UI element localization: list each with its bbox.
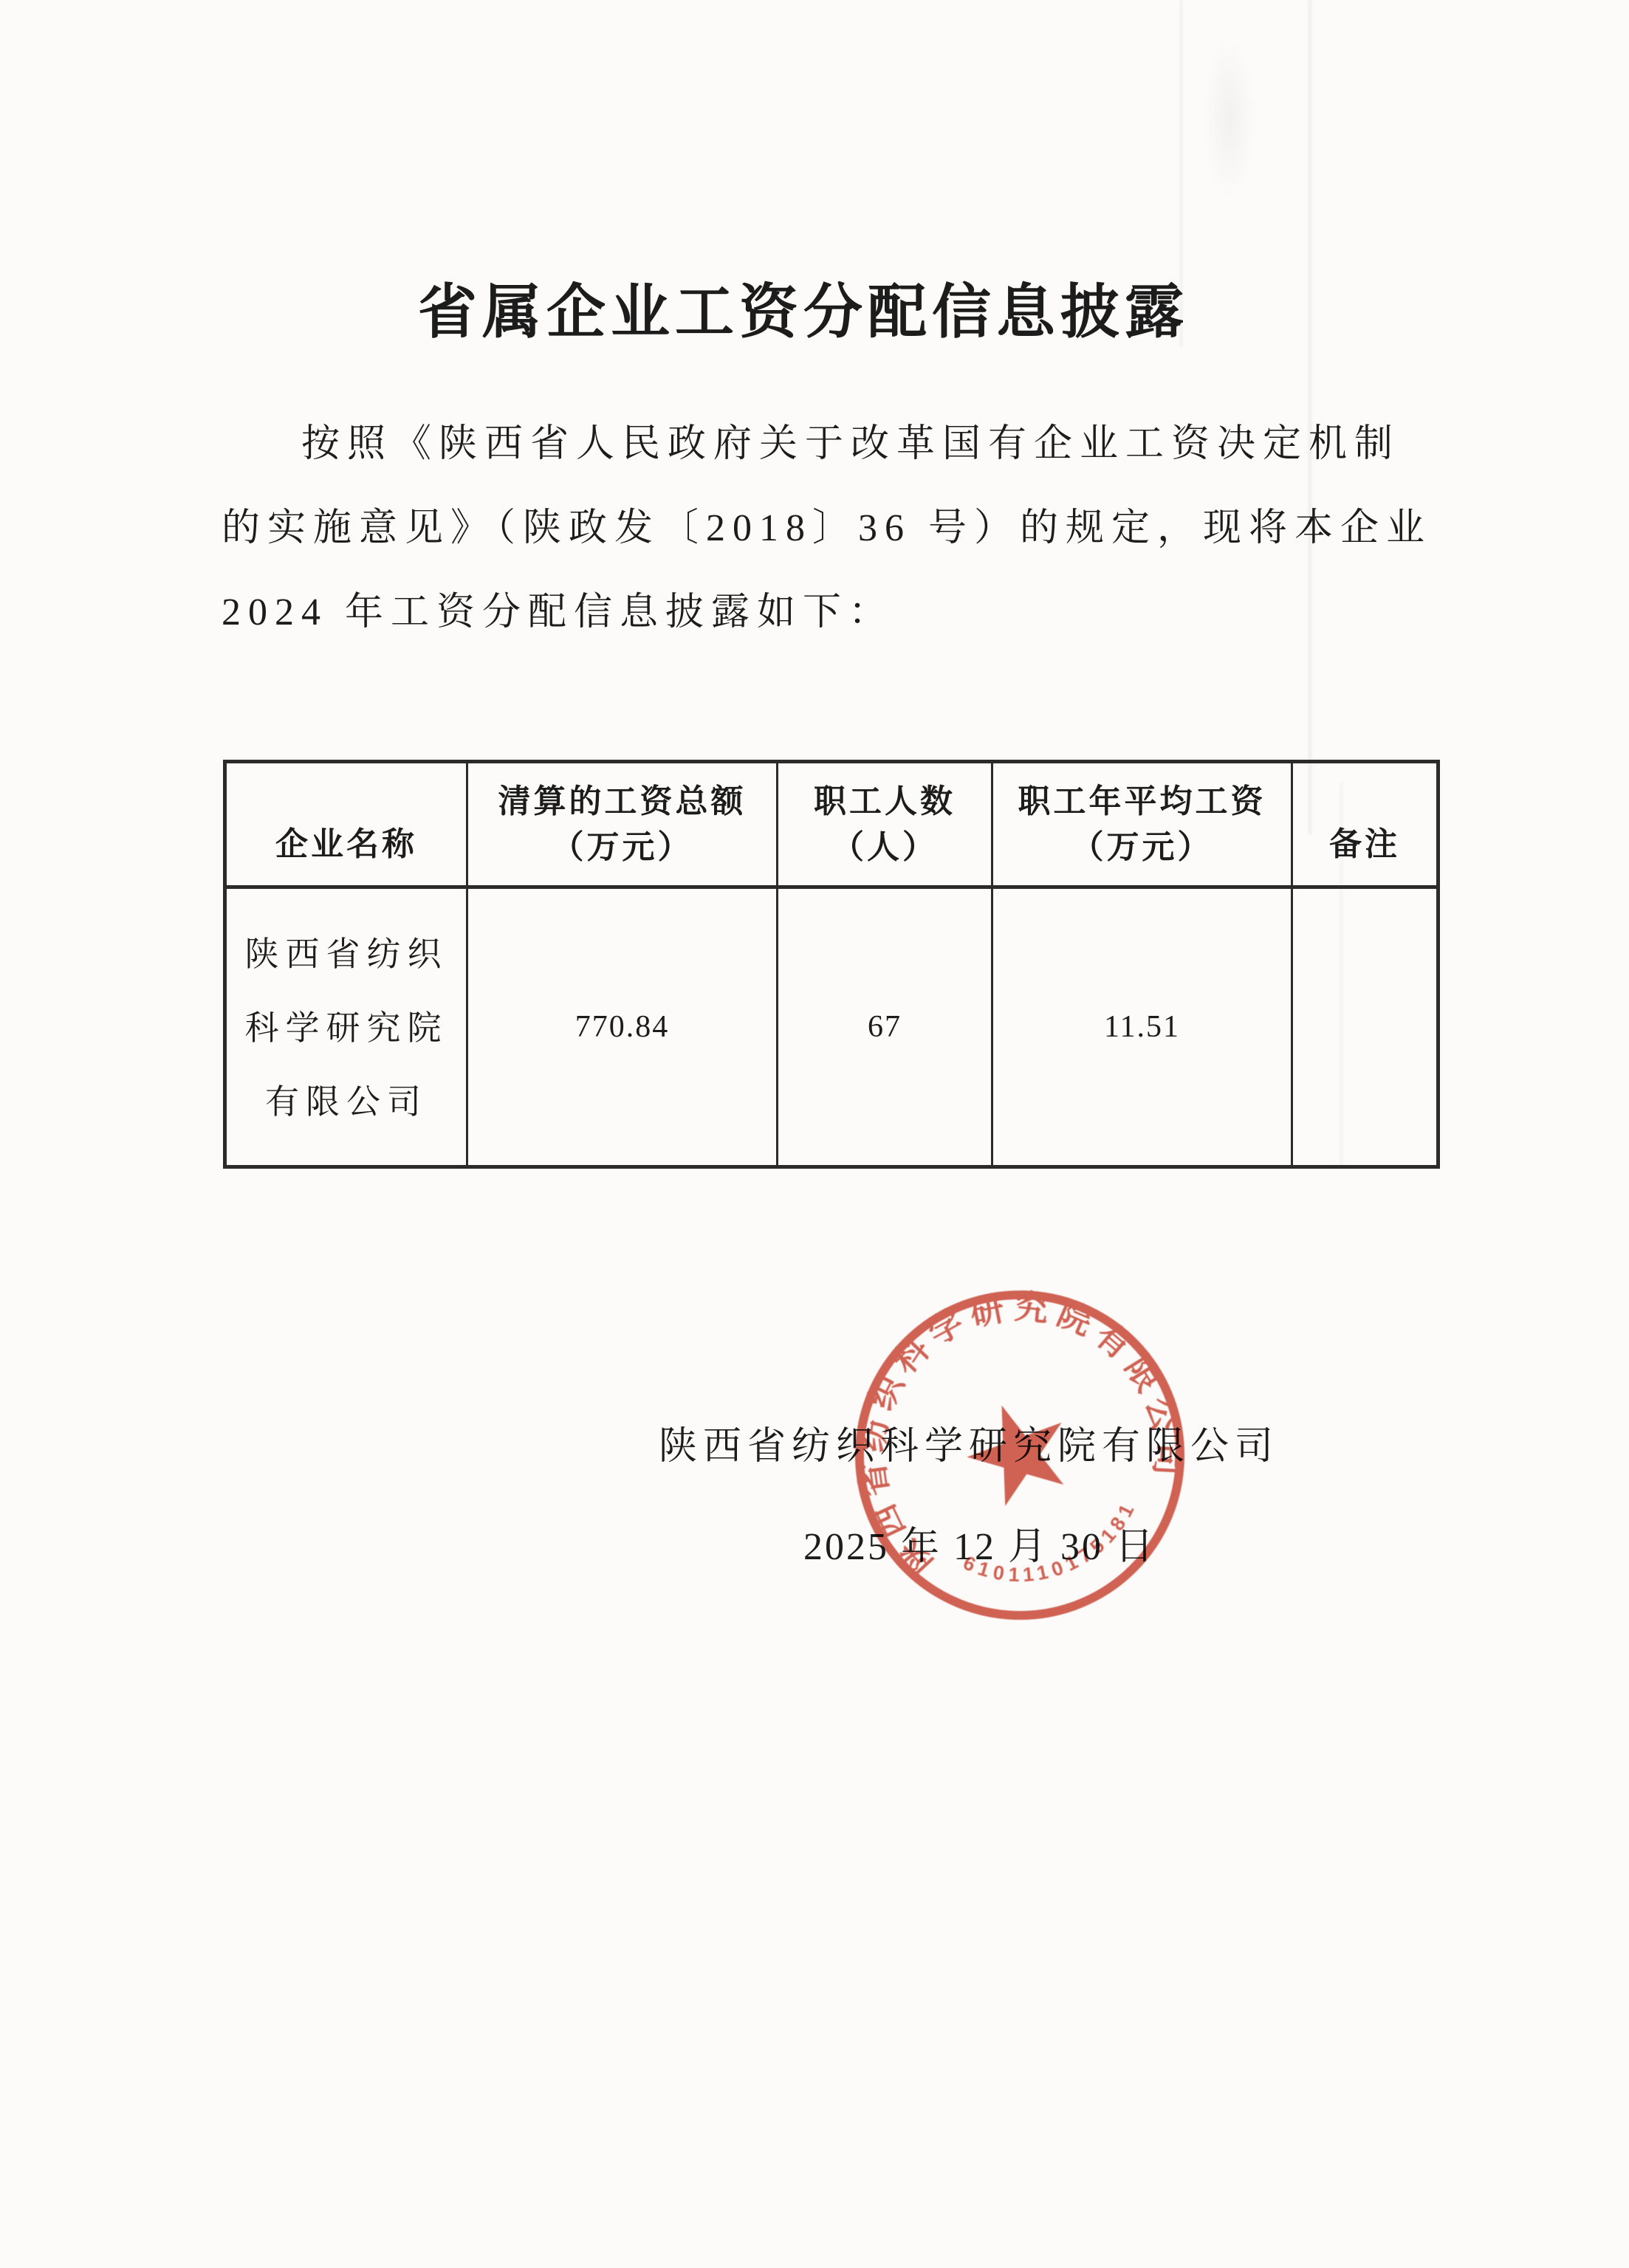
header-label: 备注 <box>1329 822 1400 867</box>
header-label: 职工人数 <box>814 779 956 825</box>
svg-text:6101110175181: 6101110175181 <box>955 1491 1155 1610</box>
paragraph-line-1: 按照《陕西省人民政府关于改革国有企业工资决定机制 <box>222 402 1477 487</box>
company-seal: 陕西省纺织科学研究院有限公司 6101110175181 <box>851 1286 1189 1624</box>
company-name-line: 有限公司 <box>265 1075 428 1124</box>
cell-total-wages: 770.84 <box>468 889 778 1165</box>
company-name-line: 科学研究院 <box>245 1001 448 1050</box>
cell-remark <box>1293 889 1436 1165</box>
scan-smudge <box>1204 37 1255 199</box>
header-unit: （人） <box>831 825 938 870</box>
star-icon <box>954 1388 1082 1512</box>
wage-disclosure-table: 企业名称 清算的工资总额 （万元） 职工人数 （人） 职工年平均工资 （万元） … <box>223 760 1440 1169</box>
header-remark: 备注 <box>1293 763 1436 889</box>
seal-serial-number: 6101110175181 <box>955 1491 1155 1610</box>
cell-company-name: 陕西省纺织 科学研究院 有限公司 <box>227 889 468 1165</box>
paragraph-line-3: 2024 年工资分配信息披露如下： <box>222 571 1477 655</box>
header-total-wages: 清算的工资总额 （万元） <box>468 763 778 889</box>
page-title: 省属企业工资分配信息披露 <box>0 264 1607 349</box>
header-company-name: 企业名称 <box>227 763 468 889</box>
header-unit: （万元） <box>552 825 693 870</box>
cell-avg-wage: 11.51 <box>993 889 1293 1165</box>
header-avg-wage: 职工年平均工资 （万元） <box>993 763 1293 889</box>
intro-paragraph: 按照《陕西省人民政府关于改革国有企业工资决定机制 的实施意见》（陕政发〔2018… <box>222 402 1477 655</box>
header-label: 清算的工资总额 <box>498 779 747 825</box>
header-unit: （万元） <box>1071 825 1213 870</box>
header-label: 职工年平均工资 <box>1018 779 1266 825</box>
paragraph-line-2: 的实施意见》（陕政发〔2018〕36 号）的规定，现将本企业 <box>222 487 1477 571</box>
document-page: 省属企业工资分配信息披露 按照《陕西省人民政府关于改革国有企业工资决定机制 的实… <box>0 0 1629 2268</box>
header-employee-count: 职工人数 （人） <box>778 763 993 889</box>
header-label: 企业名称 <box>275 822 417 867</box>
company-name-line: 陕西省纺织 <box>245 927 448 976</box>
cell-employee-count: 67 <box>778 889 993 1165</box>
